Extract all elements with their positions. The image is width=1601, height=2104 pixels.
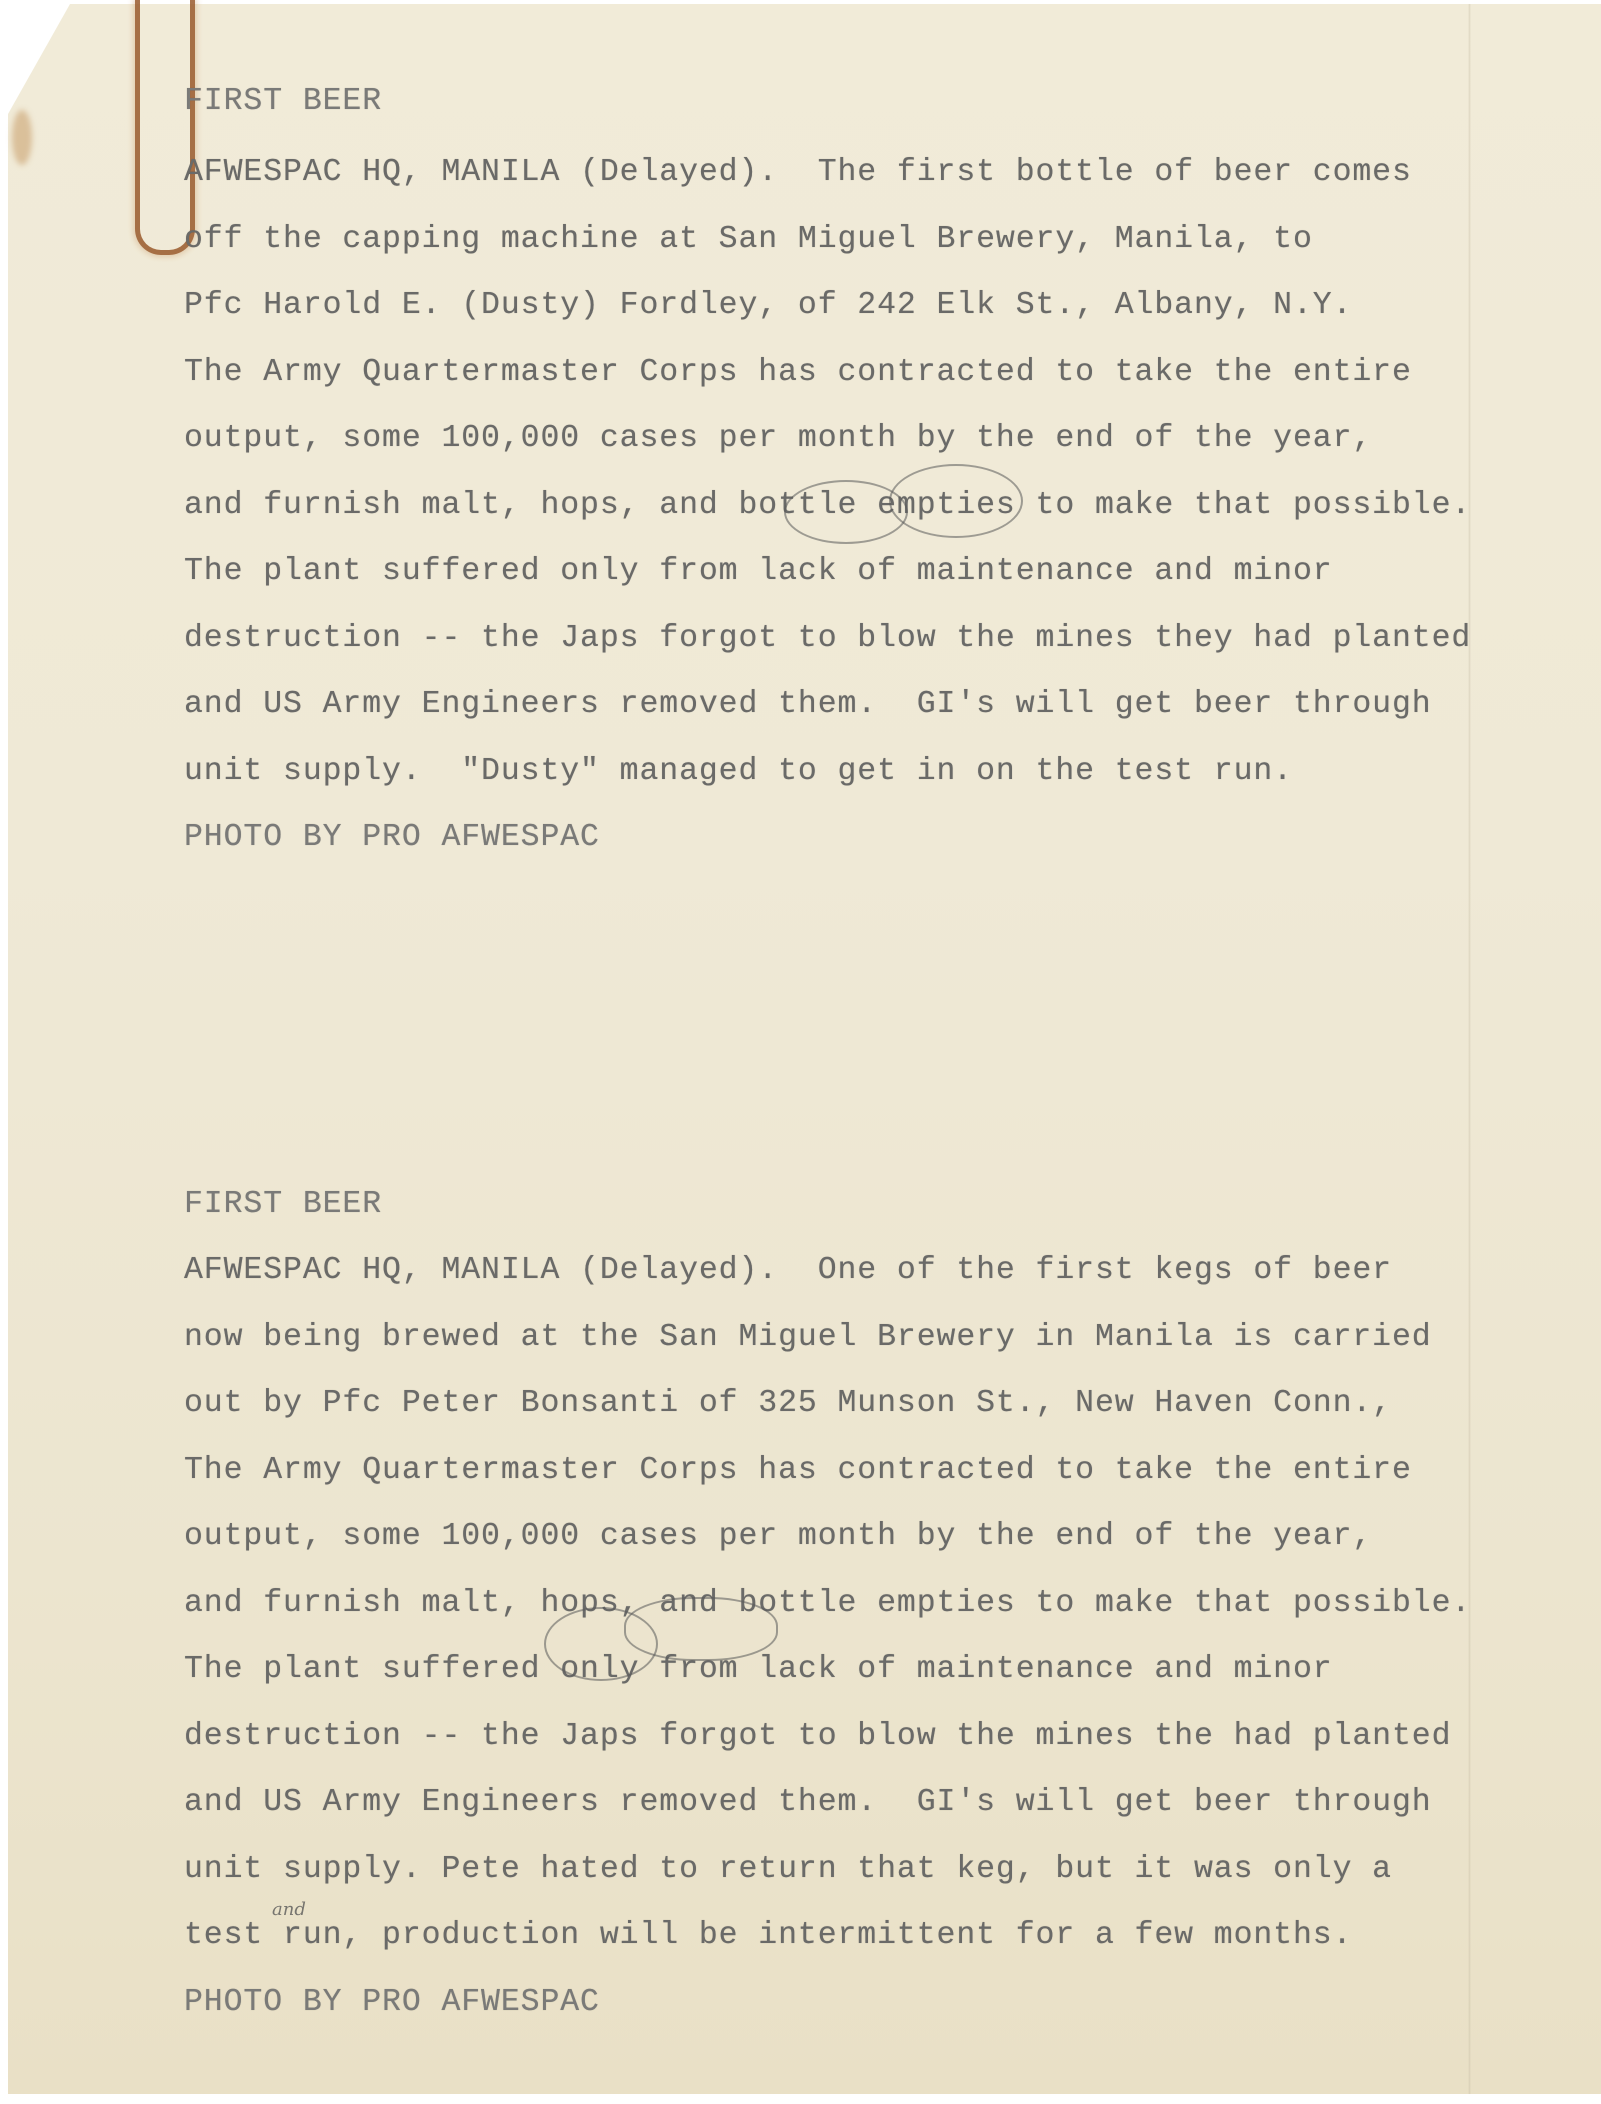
story-line: test run, production will be intermitten… bbox=[184, 1918, 1352, 1954]
story-line: destruction -- the Japs forgot to blow t… bbox=[184, 1719, 1451, 1755]
handwritten-insert: and bbox=[272, 1899, 306, 1920]
story-line: and furnish malt, hops, and bottle empti… bbox=[184, 1586, 1471, 1622]
story-line: Pfc Harold E. (Dusty) Fordley, of 242 El… bbox=[184, 288, 1352, 324]
story-title: FIRST BEER bbox=[184, 84, 382, 120]
story-line: AFWESPAC HQ, MANILA (Delayed). The first… bbox=[184, 155, 1412, 191]
photo-credit: PHOTO BY PRO AFWESPAC bbox=[184, 820, 600, 856]
story-line: The plant suffered only from lack of mai… bbox=[184, 554, 1333, 590]
story-line: output, some 100,000 cases per month by … bbox=[184, 1519, 1372, 1555]
story-line: unit supply. "Dusty" managed to get in o… bbox=[184, 754, 1293, 790]
paper-clip-rust-mark bbox=[135, 0, 195, 255]
story-line: now being brewed at the San Miguel Brewe… bbox=[184, 1320, 1432, 1356]
story-line: and US Army Engineers removed them. GI's… bbox=[184, 687, 1432, 723]
rust-stain bbox=[12, 110, 32, 165]
story-line: out by Pfc Peter Bonsanti of 325 Munson … bbox=[184, 1386, 1392, 1422]
photo-credit: PHOTO BY PRO AFWESPAC bbox=[184, 1985, 600, 2021]
story-line: The Army Quartermaster Corps has contrac… bbox=[184, 355, 1412, 391]
story-line: destruction -- the Japs forgot to blow t… bbox=[184, 621, 1471, 657]
story-line: The Army Quartermaster Corps has contrac… bbox=[184, 1453, 1412, 1489]
paper-fold-line bbox=[1468, 4, 1471, 2094]
pencil-loop-mark bbox=[624, 1597, 778, 1661]
story-line: output, some 100,000 cases per month by … bbox=[184, 421, 1372, 457]
story-line: and US Army Engineers removed them. GI's… bbox=[184, 1785, 1432, 1821]
story-line: AFWESPAC HQ, MANILA (Delayed). One of th… bbox=[184, 1253, 1392, 1289]
pencil-loop-mark bbox=[784, 480, 908, 544]
story-title: FIRST BEER bbox=[184, 1187, 382, 1223]
pencil-loop-mark bbox=[889, 464, 1023, 538]
story-line: unit supply. Pete hated to return that k… bbox=[184, 1852, 1392, 1888]
story-line: The plant suffered only from lack of mai… bbox=[184, 1652, 1333, 1688]
story-line: off the capping machine at San Miguel Br… bbox=[184, 222, 1313, 258]
